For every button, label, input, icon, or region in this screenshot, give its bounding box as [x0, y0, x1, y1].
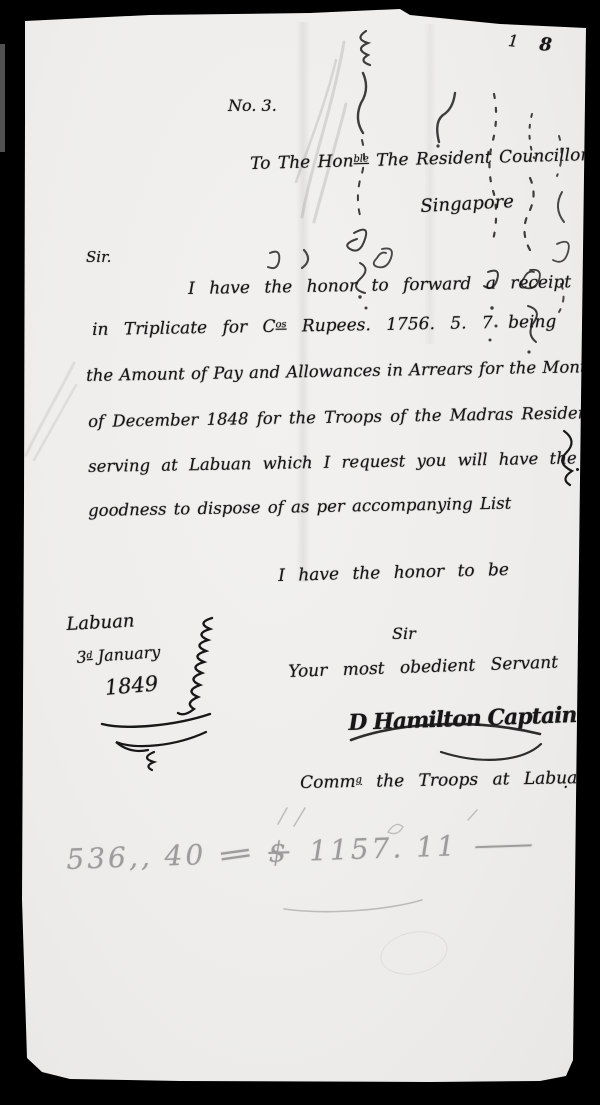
closing-sir: Sir: [392, 626, 416, 642]
pencil-underline-swoosh: [278, 896, 428, 916]
folio-number-right: 8: [539, 36, 553, 55]
body-line-2-superscript: os: [275, 319, 286, 330]
pencil-left-value: 536,, 40: [66, 838, 207, 876]
signature-title: Commg the Troops at Labuan: [300, 770, 588, 792]
scan-background: 1 8 No. 3. To The Honble The Resident Co…: [0, 0, 600, 1105]
letter-page: 1 8 No. 3. To The Honble The Resident Co…: [0, 0, 600, 1105]
signature-title-period: .: [563, 775, 568, 792]
pencil-oval-smudge: [376, 925, 451, 980]
body-line-5: serving at Labuan which I request you wi…: [88, 450, 577, 475]
signature-flourish: [345, 714, 545, 769]
body-line-3: the Amount of Pay and Allowances in Arre…: [86, 359, 597, 384]
address-superscript: ble: [353, 153, 369, 164]
bleed-through-marks-salutation: [262, 246, 322, 276]
pencil-annotation: 536,, 40 = $ 1157. 11 —: [66, 830, 523, 874]
bleed-through-slash: [428, 88, 462, 150]
dateline-day-month: January: [92, 642, 161, 666]
salutation: Sir.: [86, 250, 111, 265]
signature-title-post: the Troops at Labuan: [362, 768, 589, 792]
body-line-2-pre: in Triplicate for C: [92, 317, 276, 340]
body-line-6: goodness to dispose of as per accompanyi…: [88, 496, 511, 520]
bleed-through-mark-loop: [372, 244, 400, 274]
fold-crease-right: [424, 24, 436, 344]
signature-title-pre: Comm: [300, 772, 356, 793]
letter-number: No. 3.: [228, 98, 277, 114]
pencil-trailing-dash: —: [473, 829, 542, 859]
body-line-4: of December 1848 for the Troops of the M…: [88, 405, 600, 431]
dateline-year: 1849: [104, 673, 159, 699]
folio-number-left: 1: [507, 33, 519, 50]
scan-edge-artifact: [0, 44, 5, 152]
closing-honor-line: I have the honor to be: [278, 562, 509, 585]
pencil-right-value: 1157. 11: [309, 829, 459, 867]
pencil-crossed-symbol: $: [268, 835, 290, 869]
address-line-2: Singapore: [420, 193, 514, 216]
dateline-underline-flourish: [96, 708, 216, 766]
ink-dot: [576, 468, 579, 471]
dateline-place: Labuan: [66, 612, 135, 634]
pencil-equals: =: [214, 837, 260, 871]
bleed-through-column-right-1: [478, 90, 508, 348]
closing-servant-line: Your most obedient Servant: [288, 655, 558, 681]
dateline-day: 3d January: [76, 644, 161, 666]
residency-tail-flourish: [556, 428, 580, 486]
address-pre: To The Hon: [250, 151, 354, 174]
ghost-margin-marks: [20, 355, 80, 465]
